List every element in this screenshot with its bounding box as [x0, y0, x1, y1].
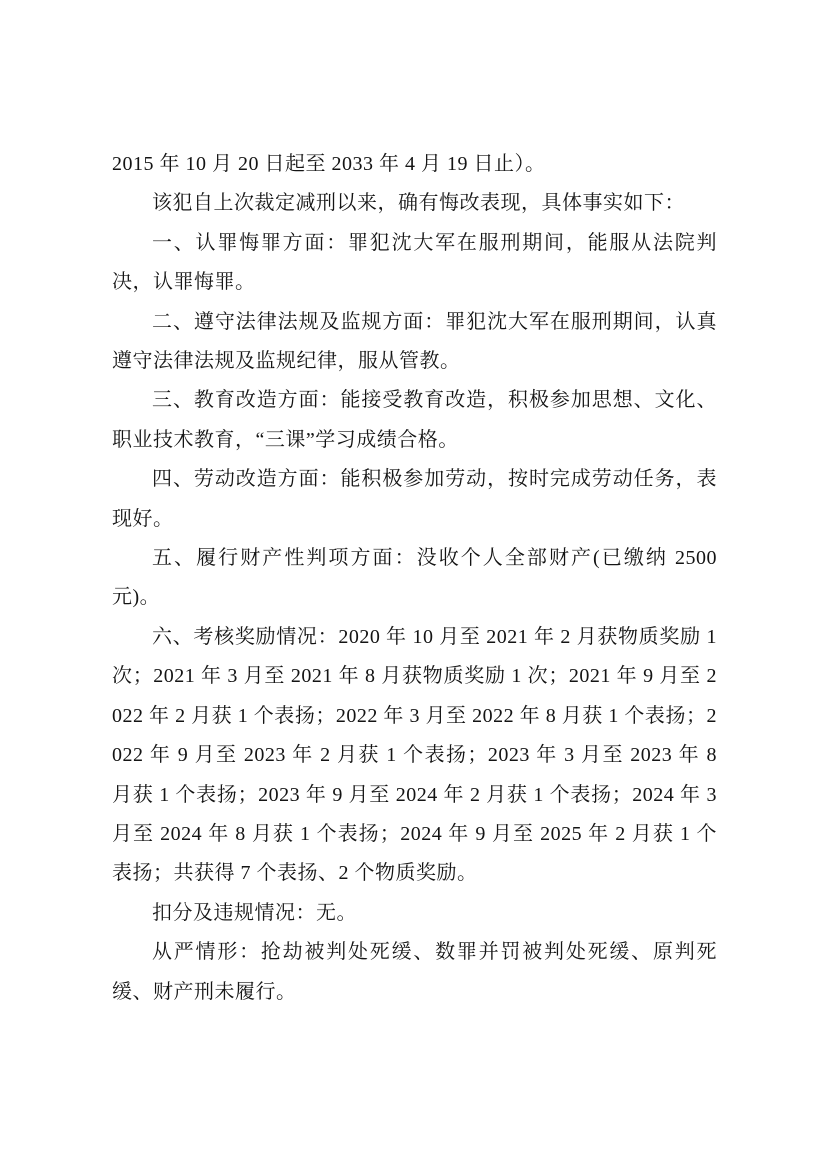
- paragraph-continuation-line: 2015 年 10 月 20 日起至 2033 年 4 月 19 日止）。: [112, 145, 717, 184]
- document-content: 2015 年 10 月 20 日起至 2033 年 4 月 19 日止）。 该犯…: [0, 0, 827, 1012]
- paragraph-item-4-labor-reform: 四、劳动改造方面：能积极参加劳动，按时完成劳动任务，表现好。: [112, 460, 717, 539]
- paragraph-item-6-assessment-rewards: 六、考核奖励情况：2020 年 10 月至 2021 年 2 月获物质奖励 1 …: [112, 618, 717, 894]
- paragraph-deductions-violations: 扣分及违规情况：无。: [112, 894, 717, 933]
- paragraph-item-2-obeying-rules: 二、遵守法律法规及监规方面：罪犯沈大军在服刑期间，认真遵守法律法规及监规纪律，服…: [112, 303, 717, 382]
- paragraph-strict-circumstances: 从严情形：抢劫被判处死缓、数罪并罚被判处死缓、原判死缓、财产刑未履行。: [112, 933, 717, 1012]
- document-page: 2015 年 10 月 20 日起至 2033 年 4 月 19 日止）。 该犯…: [0, 0, 827, 1169]
- paragraph-intro: 该犯自上次裁定减刑以来，确有悔改表现，具体事实如下：: [112, 184, 717, 223]
- paragraph-item-1-admission-of-guilt: 一、认罪悔罪方面：罪犯沈大军在服刑期间，能服从法院判决，认罪悔罪。: [112, 224, 717, 303]
- paragraph-item-5-property-judgment: 五、履行财产性判项方面：没收个人全部财产(已缴纳 2500 元)。: [112, 539, 717, 618]
- paragraph-item-3-education-reform: 三、教育改造方面：能接受教育改造，积极参加思想、文化、职业技术教育，“三课”学习…: [112, 381, 717, 460]
